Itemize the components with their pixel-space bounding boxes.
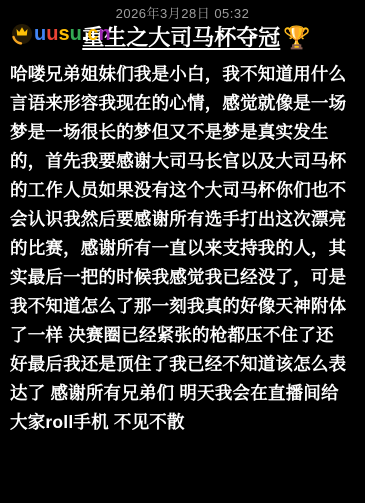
body-line: 了一样 决赛圈已经紧张的枪都压不住了还 [10, 321, 359, 350]
timestamp: 2026年3月28日 05:32 [0, 3, 365, 22]
watermark-letter: u [70, 23, 82, 45]
trophy-emoji: 🏆 [283, 25, 310, 50]
body-line: 达了 感谢所有兄弟们 明天我会在直播间给 [10, 379, 359, 408]
body-line: 的比赛，感谢所有一直以来支持我的人，其 [10, 234, 359, 263]
watermark-letter: u [46, 23, 58, 45]
body-line: 的，首先我要感谢大司马长官以及大司马杯 [10, 147, 359, 176]
body-line: 大家roll手机 不见不散 [10, 408, 359, 437]
watermark-text: uusu.cn [34, 23, 111, 45]
body-line: 会认识我然后要感谢所有选手打出这次漂亮 [10, 205, 359, 234]
body-line: 哈喽兄弟姐妹们我是小白，我不知道用什么 [10, 60, 359, 89]
watermark-logo: uusu.cn [11, 23, 111, 45]
watermark-letter: n [98, 23, 110, 45]
body-line: 言语来形容我现在的心情，感觉就像是一场 [10, 89, 359, 118]
post-body: 哈喽兄弟姐妹们我是小白，我不知道用什么言语来形容我现在的心情，感觉就像是一场梦是… [10, 60, 359, 437]
post-image: 2026年3月28日 05:32 uusu.cn 重生之大司马杯夺冠🏆 哈喽兄弟… [0, 0, 365, 503]
title-row: uusu.cn 重生之大司马杯夺冠🏆 [0, 21, 365, 49]
body-line: 的工作人员如果没有这个大司马杯你们也不 [10, 176, 359, 205]
crown-badge-icon [11, 23, 33, 45]
watermark-letter: u [34, 23, 46, 45]
body-line: 我不知道怎么了那一刻我真的好像天神附体 [10, 292, 359, 321]
watermark-letter: c [87, 23, 98, 45]
post-title-text: 重生之大司马杯夺冠 [82, 25, 280, 50]
body-line: 梦是一场很长的梦但又不是梦是真实发生 [10, 118, 359, 147]
body-line: 好最后我还是顶住了我已经不知道该怎么表 [10, 350, 359, 379]
body-line: 实最后一把的时候我感觉我已经没了，可是 [10, 263, 359, 292]
watermark-letter: s [58, 23, 69, 45]
